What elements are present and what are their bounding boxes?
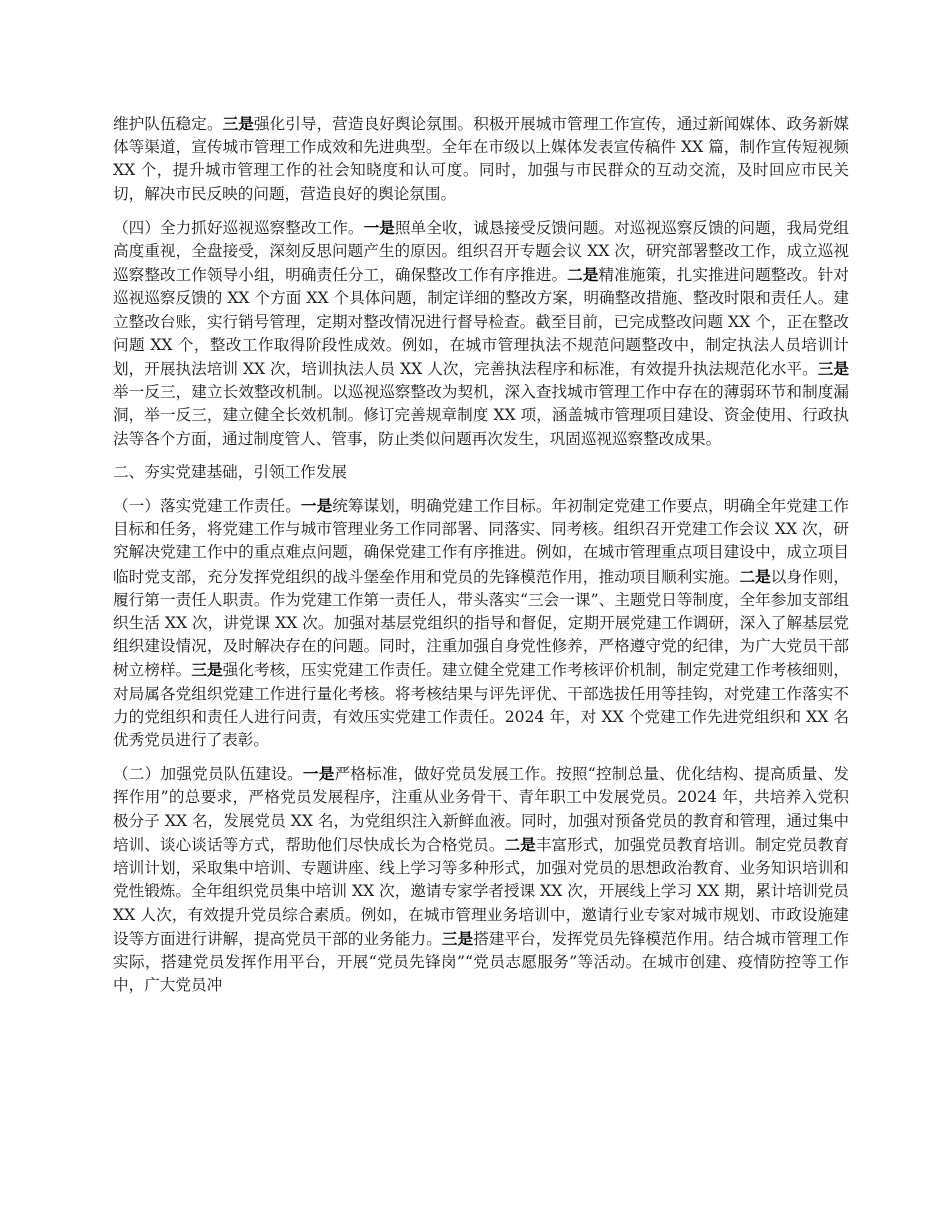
text-segment: 强化考核，压实党建工作责任。建立健全党建工作考核评价机制，制定党建工作考核细则，… [113, 661, 849, 749]
bold-marker: 三是 [223, 114, 254, 133]
bold-marker: 二是 [739, 567, 770, 586]
subsection-title: （四）全力抓好巡视巡察整改工作。 [113, 219, 364, 237]
bold-marker: 二是 [567, 265, 598, 284]
bold-marker: 三是 [818, 359, 849, 378]
paragraph-inspection-rectification: （四）全力抓好巡视巡察整改工作。一是照单全收，诚恳接受反馈问题。对巡视巡察反馈的… [113, 216, 849, 451]
text-segment: 维护队伍稳定。 [113, 115, 223, 133]
subsection-title: （一）落实党建工作责任。 [113, 497, 301, 515]
bold-marker: 一是 [303, 764, 335, 783]
bold-marker: 三是 [442, 929, 473, 948]
bold-marker: 二是 [505, 835, 536, 854]
paragraph-media-publicity: 维护队伍稳定。三是强化引导，营造良好舆论氛围。积极开展城市管理工作宣传，通过新闻… [113, 112, 849, 206]
section-heading-party-building: 二、夯实党建基础，引领工作发展 [113, 461, 849, 484]
bold-marker: 三是 [191, 660, 222, 679]
document-page: 维护队伍稳定。三是强化引导，营造良好舆论氛围。积极开展城市管理工作宣传，通过新闻… [113, 112, 849, 1007]
bold-marker: 一是 [301, 496, 332, 515]
section-title: 二、夯实党建基础，引领工作发展 [113, 463, 347, 481]
paragraph-party-responsibility: （一）落实党建工作责任。一是统筹谋划，明确党建工作目标。年初制定党建工作要点，明… [113, 494, 849, 752]
bold-marker: 一是 [364, 218, 395, 237]
text-segment: 举一反三，建立长效整改机制。以巡视巡察整改为契机，深入查找城市管理工作中存在的薄… [113, 383, 849, 447]
paragraph-party-member-team: （二）加强党员队伍建设。一是严格标准，做好党员发展工作。按照“控制总量、优化结构… [113, 762, 849, 997]
subsection-title: （二）加强党员队伍建设。 [113, 765, 303, 783]
